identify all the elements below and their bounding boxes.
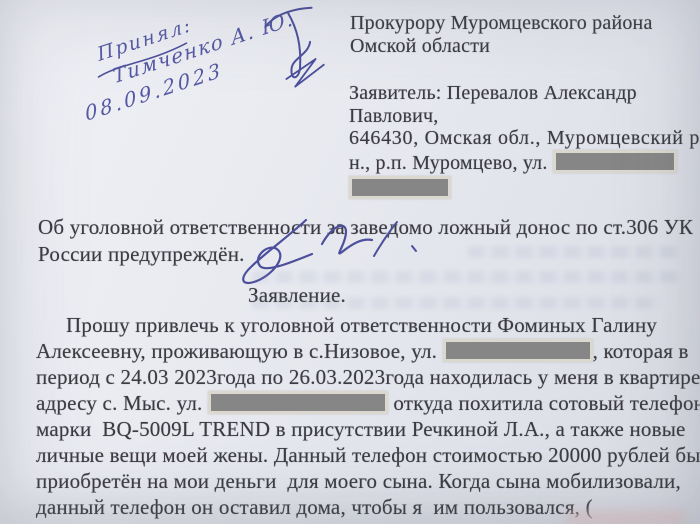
redaction-box-street-mys — [208, 391, 388, 414]
body-line: период с 24.03 2023года по 26.03.2023год… — [36, 364, 700, 390]
bleed-through-text — [468, 246, 680, 258]
redaction-box-street — [553, 150, 677, 173]
body-line: марки BQ-5009L TREND в присутствии Речки… — [36, 416, 700, 442]
statement-body: Прошу привлечь к уголовной ответственнос… — [36, 312, 700, 520]
applicant-name-line: Павлович, — [349, 105, 700, 128]
applicant-address-text: н., р.п. Муромцево, ул. — [349, 152, 553, 174]
applicant-address-line: 646430, Омская обл., Муромцевский р- — [349, 127, 700, 150]
redaction-box-house — [349, 176, 451, 199]
recipient-line: Прокурору Муромцевского района — [350, 12, 653, 35]
body-text: , которая в — [593, 339, 689, 363]
bleed-through-text — [252, 297, 660, 309]
applicant-address-line: н., р.п. Муромцево, ул. — [349, 150, 700, 175]
body-line: Алексеевну, проживающую в с.Низовое, ул.… — [36, 338, 700, 364]
body-line: Прошу привлечь к уголовной ответственнос… — [36, 312, 700, 338]
body-line: адресу с. Мыс. ул. откуда похитила сотов… — [36, 390, 700, 416]
redaction-box-street-nizovoe — [443, 339, 593, 362]
body-text: Алексеевну, проживающую в с.Низовое, ул. — [36, 339, 443, 363]
recipient-block: Прокурору Муромцевского района Омской об… — [350, 12, 653, 58]
paraph-signature-icon — [255, 0, 340, 95]
body-text: адресу с. Мыс. ул. — [36, 391, 208, 415]
body-line: приобретён на мои деньги для моего сына.… — [36, 468, 700, 494]
applicant-name-line: Заявитель: Перевалов Александр — [349, 82, 700, 105]
photo-smudge — [566, 511, 686, 524]
body-text: откуда похитила сотовый телефон — [388, 391, 700, 415]
recipient-line: Омской области — [350, 35, 653, 58]
document-photo: Принял: Тимченко А. Ю. 08.09.2023 Прокур… — [0, 0, 700, 524]
acceptance-note: Принял: Тимченко А. Ю. 08.09.2023 — [62, 0, 332, 154]
applicant-address-line — [349, 174, 700, 201]
applicant-block: Заявитель: Перевалов Александр Павлович,… — [349, 82, 700, 201]
bleed-through-text — [252, 271, 682, 283]
body-line: личные вещи моей жены. Данный телефон ст… — [36, 442, 700, 468]
